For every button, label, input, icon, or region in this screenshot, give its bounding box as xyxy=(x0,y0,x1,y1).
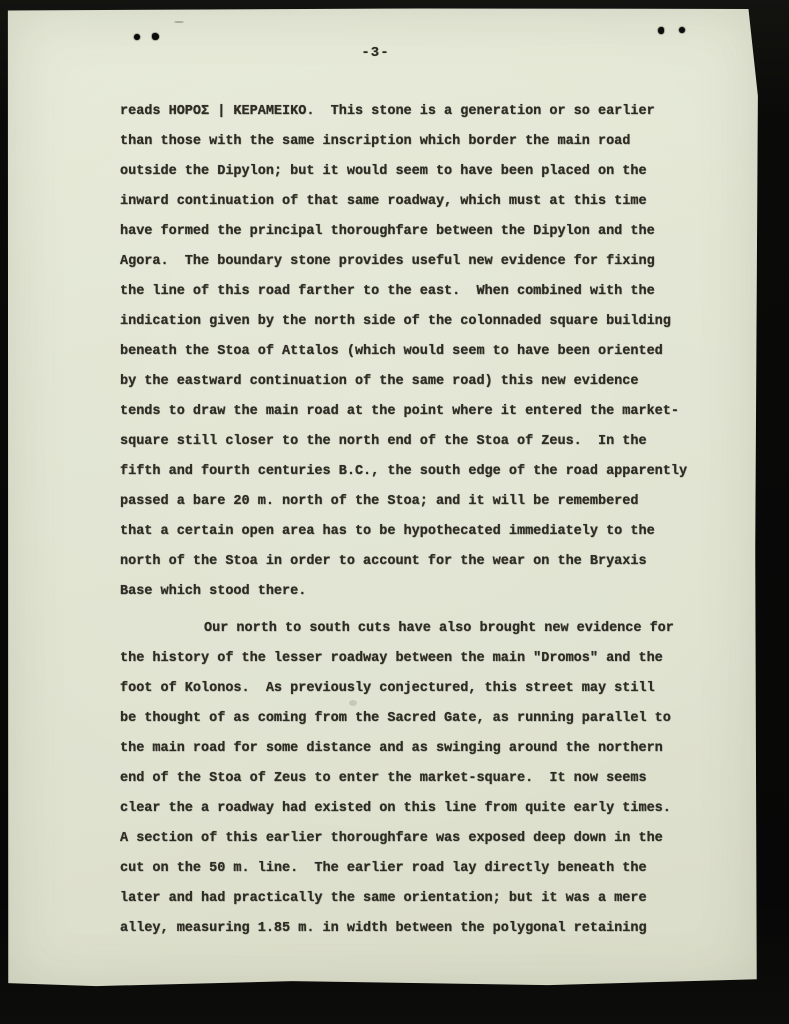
punch-hole-mark xyxy=(679,27,685,33)
text-line: fifth and fourth centuries B.C., the sou… xyxy=(120,457,720,487)
text-line: reads ΗΟΡΟΣ | ΚΕΡΑΜΕΙΚΟ. This stone is a… xyxy=(120,97,720,127)
paragraph: reads ΗΟΡΟΣ | ΚΕΡΑΜΕΙΚΟ. This stone is a… xyxy=(120,97,720,607)
photo-background: -3- reads ΗΟΡΟΣ | ΚΕΡΑΜΕΙΚΟ. This stone … xyxy=(0,0,789,1024)
text-line: passed a bare 20 m. north of the Stoa; a… xyxy=(120,487,720,517)
text-line: clear the a roadway had existed on this … xyxy=(120,794,720,824)
text-line: end of the Stoa of Zeus to enter the mar… xyxy=(120,764,720,794)
text-line: Base which stood there. xyxy=(120,577,720,607)
paper-speck xyxy=(174,21,184,23)
punch-hole-mark xyxy=(152,33,159,40)
punch-hole-mark xyxy=(134,34,140,40)
text-line: foot of Kolonos. As previously conjectur… xyxy=(120,674,720,704)
text-block: reads ΗΟΡΟΣ | ΚΕΡΑΜΕΙΚΟ. This stone is a… xyxy=(120,97,720,944)
text-line: be thought of as coming from the Sacred … xyxy=(120,704,720,734)
text-line: the main road for some distance and as s… xyxy=(120,734,720,764)
text-line: than those with the same inscription whi… xyxy=(120,127,720,157)
paragraph: Our north to south cuts have also brough… xyxy=(120,614,720,944)
text-line: tends to draw the main road at the point… xyxy=(120,397,720,427)
text-line: the history of the lesser roadway betwee… xyxy=(120,644,720,674)
document-page: -3- reads ΗΟΡΟΣ | ΚΕΡΑΜΕΙΚΟ. This stone … xyxy=(6,7,759,993)
text-line: north of the Stoa in order to account fo… xyxy=(120,547,720,577)
text-line: square still closer to the north end of … xyxy=(120,427,720,457)
text-line: alley, measuring 1.85 m. in width betwee… xyxy=(120,914,720,944)
text-line: by the eastward continuation of the same… xyxy=(120,367,720,397)
text-line: have formed the principal thoroughfare b… xyxy=(120,217,720,247)
text-line: cut on the 50 m. line. The earlier road … xyxy=(120,854,720,884)
page-number: -3- xyxy=(6,45,745,61)
text-line: beneath the Stoa of Attalos (which would… xyxy=(120,337,720,367)
text-line: indication given by the north side of th… xyxy=(120,307,720,337)
punch-hole-mark xyxy=(658,27,664,34)
text-line: that a certain open area has to be hypot… xyxy=(120,517,720,547)
text-line: Agora. The boundary stone provides usefu… xyxy=(120,247,720,277)
text-line: Our north to south cuts have also brough… xyxy=(120,614,720,644)
text-line: the line of this road farther to the eas… xyxy=(120,277,720,307)
text-line: outside the Dipylon; but it would seem t… xyxy=(120,157,720,187)
text-line: inward continuation of that same roadway… xyxy=(120,187,720,217)
text-line: A section of this earlier thoroughfare w… xyxy=(120,824,720,854)
text-line: later and had practically the same orien… xyxy=(120,884,720,914)
